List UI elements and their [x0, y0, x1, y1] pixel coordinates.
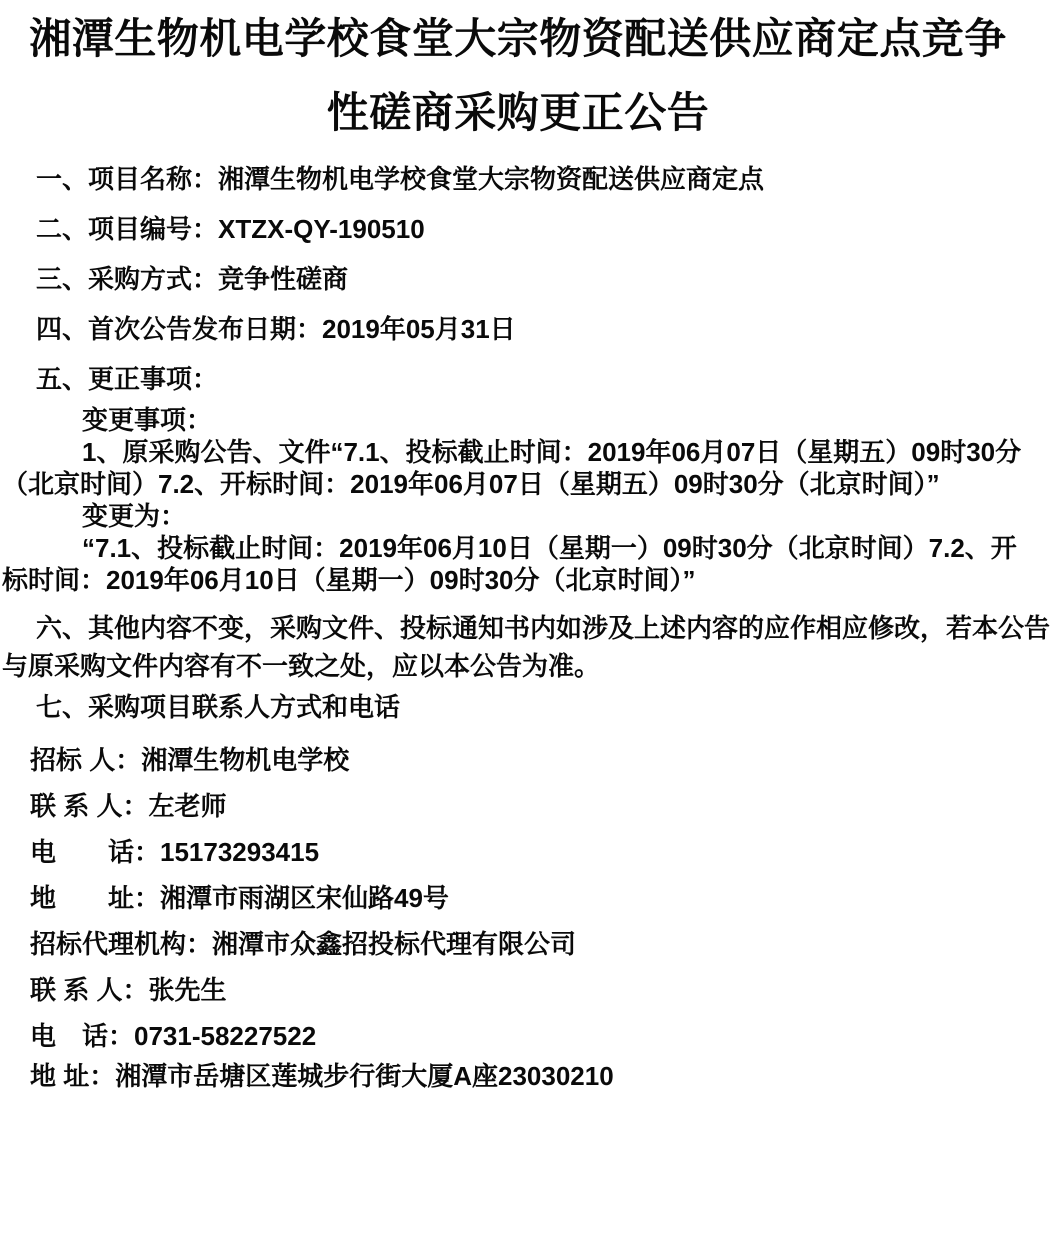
item-correction-heading: 五、更正事项： [2, 364, 1034, 394]
other-content-line-1: 六、其他内容不变，采购文件、投标通知书内如涉及上述内容的应作相应修改，若本公告 [2, 609, 1034, 647]
item-procurement-method: 三、采购方式：竞争性磋商 [2, 264, 1034, 294]
agency-contact-person: 联 系 人：张先生 [2, 975, 1034, 1005]
correction-changed-to-label: 变更为： [2, 500, 1034, 532]
correction-details: 变更事项： 1、原采购公告、文件“7.1、投标截止时间：2019年06月07日（… [2, 404, 1034, 596]
tenderer-contact-person: 联 系 人：左老师 [2, 791, 1034, 821]
other-content-line-2: 与原采购文件内容有不一致之处，应以本公告为准。 [2, 647, 1034, 685]
item-project-number: 二、项目编号：XTZX-QY-190510 [2, 214, 1034, 244]
correction-new-line-1: “7.1、投标截止时间：2019年06月10日（星期一）09时30分（北京时间）… [2, 532, 1034, 564]
agency-phone: 电 话：0731-58227522 [2, 1021, 1034, 1051]
tenderer-phone: 电 话：15173293415 [2, 837, 1034, 867]
contact-info-block: 招标 人：湘潭生物机电学校 联 系 人：左老师 电 话：15173293415 … [2, 745, 1034, 1091]
other-content-paragraph: 六、其他内容不变，采购文件、投标通知书内如涉及上述内容的应作相应修改，若本公告 … [2, 609, 1034, 685]
correction-change-label: 变更事项： [2, 404, 1034, 436]
agency-name: 招标代理机构：湘潭市众鑫招投标代理有限公司 [2, 929, 1034, 959]
item-contact-heading: 七、采购项目联系人方式和电话 [2, 692, 1034, 722]
item-project-name: 一、项目名称：湘潭生物机电学校食堂大宗物资配送供应商定点 [2, 164, 1034, 194]
correction-original-line-2: （北京时间）7.2、开标时间：2019年06月07日（星期五）09时30分（北京… [2, 468, 1034, 500]
agency-address: 地 址：湘潭市岳塘区莲城步行街大厦A座23030210 [2, 1061, 1034, 1091]
tenderer-address: 地 址：湘潭市雨湖区宋仙路49号 [2, 883, 1034, 913]
tenderer-name: 招标 人：湘潭生物机电学校 [2, 745, 1034, 775]
correction-new-line-2: 标时间：2019年06月10日（星期一）09时30分（北京时间）” [2, 564, 1034, 596]
announcement-page: 湘潭生物机电学校食堂大宗物资配送供应商定点竞争 性磋商采购更正公告 一、项目名称… [0, 0, 1060, 1244]
correction-original-line-1: 1、原采购公告、文件“7.1、投标截止时间：2019年06月07日（星期五）09… [2, 436, 1034, 468]
title-line-2: 性磋商采购更正公告 [2, 76, 1034, 150]
item-first-announcement-date: 四、首次公告发布日期：2019年05月31日 [2, 314, 1034, 344]
page-title: 湘潭生物机电学校食堂大宗物资配送供应商定点竞争 性磋商采购更正公告 [2, 2, 1034, 150]
title-line-1: 湘潭生物机电学校食堂大宗物资配送供应商定点竞争 [2, 2, 1034, 76]
